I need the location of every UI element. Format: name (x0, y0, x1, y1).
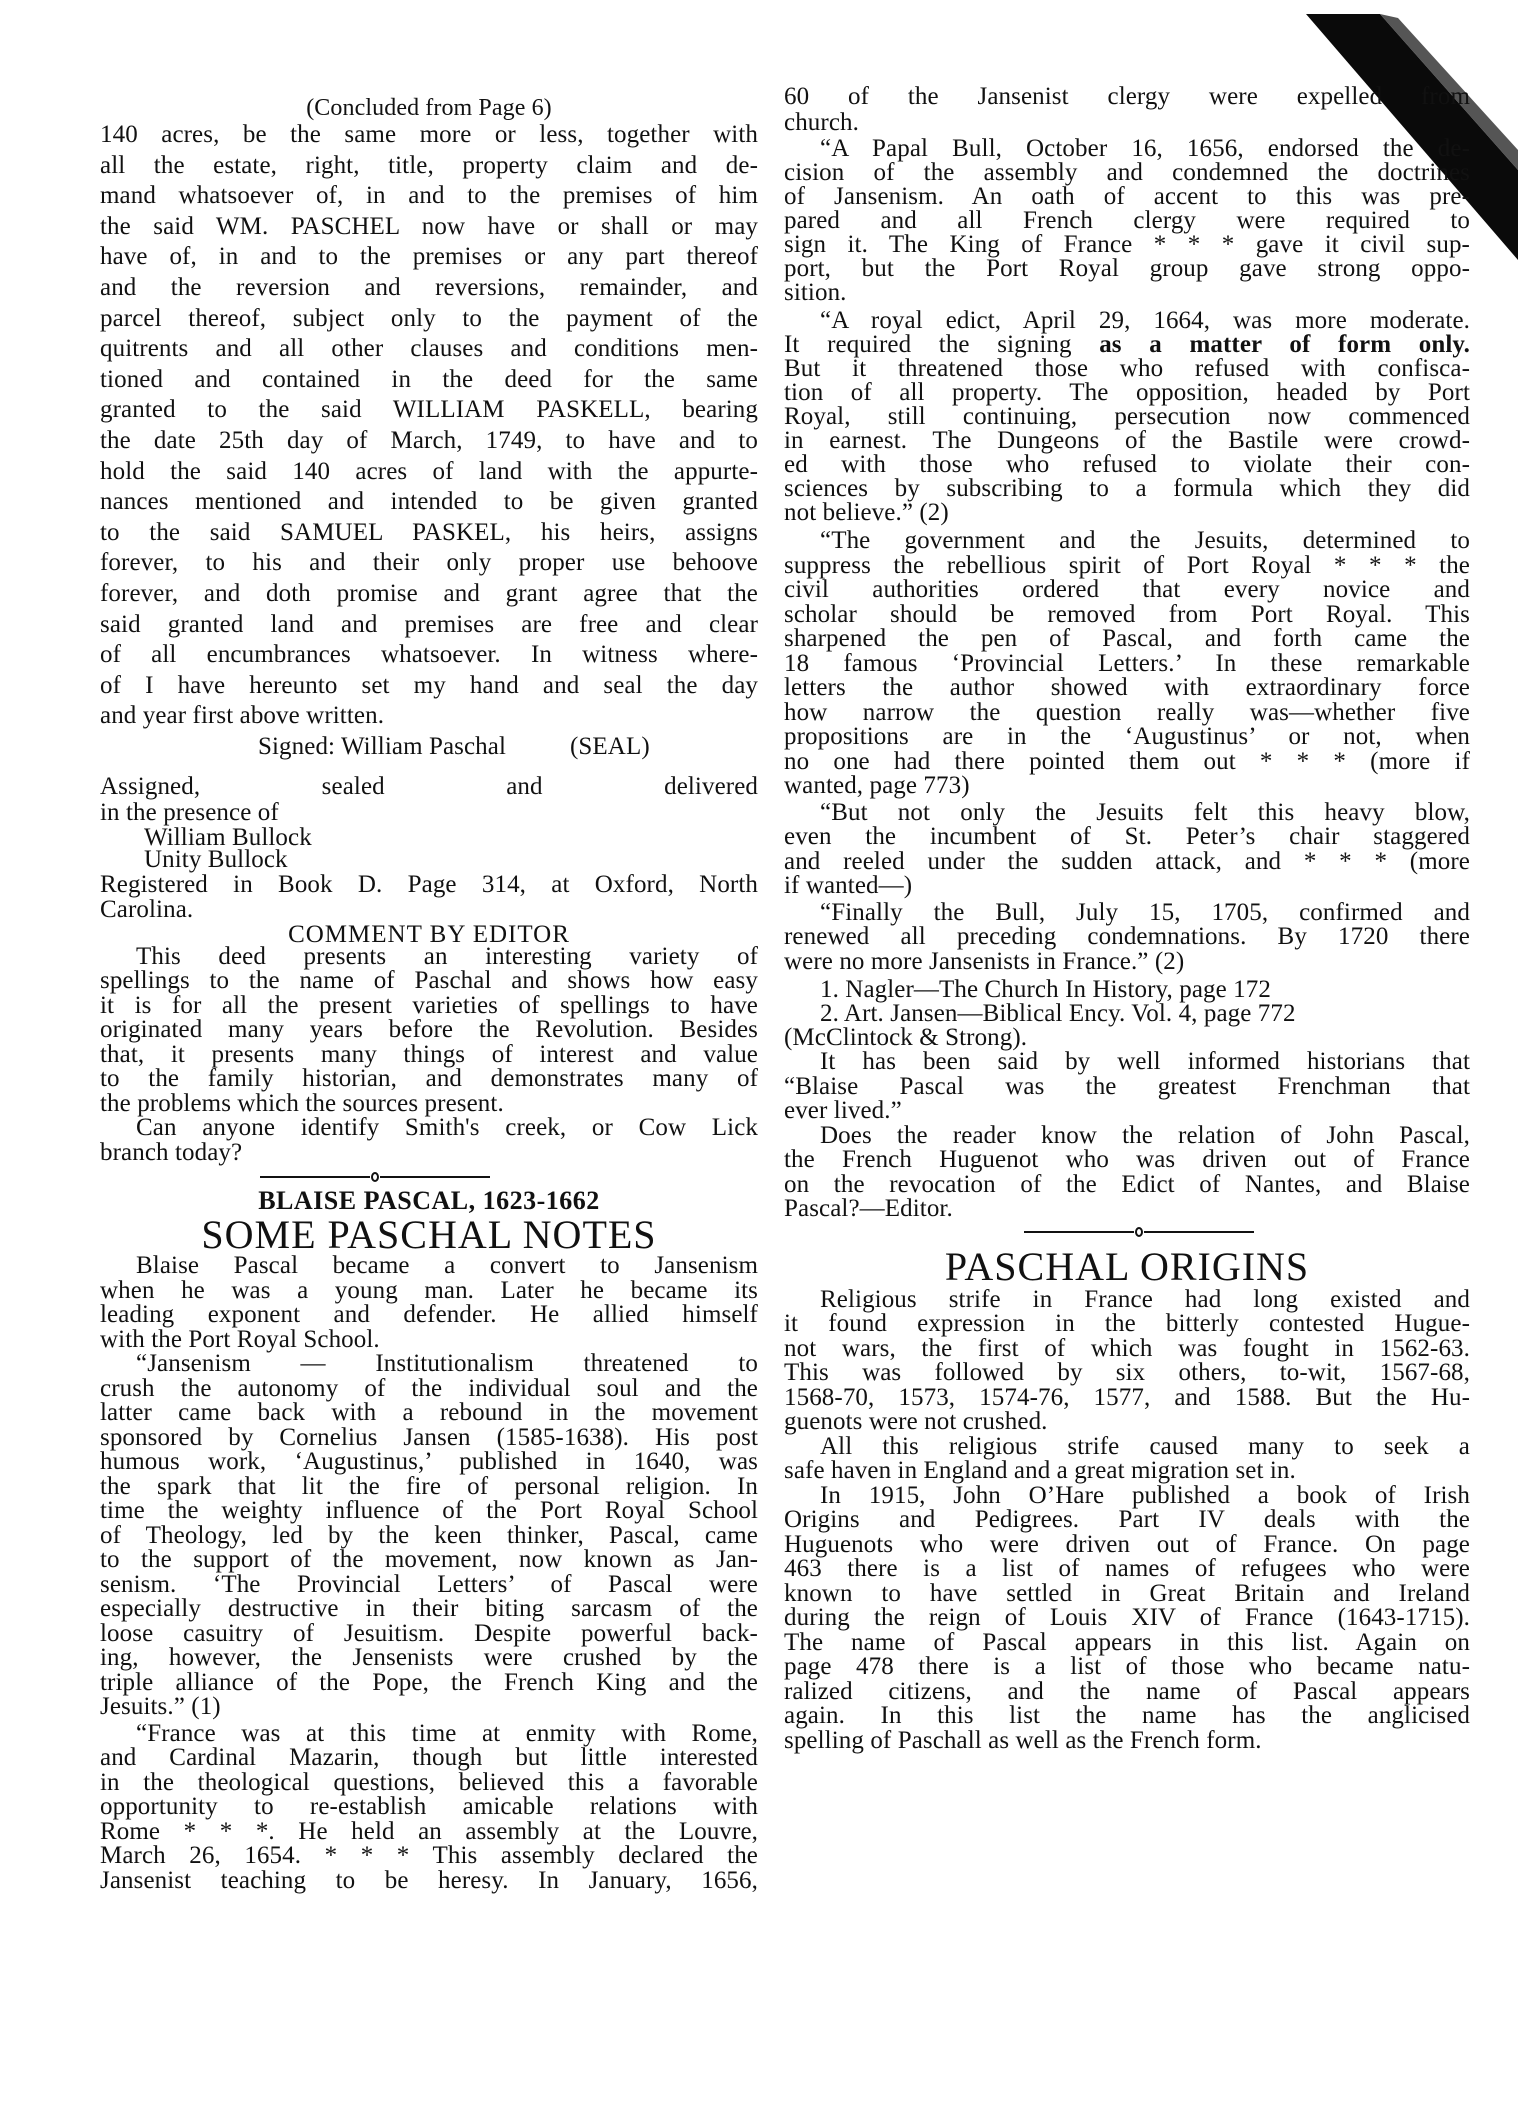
seal-label: (SEAL) (570, 732, 650, 762)
deed-text-line: forever, and doth promise and grant agre… (100, 579, 758, 609)
deed-text-line: the date 25th day of March, 1749, to hav… (100, 426, 758, 456)
article-line: sition. (784, 278, 1470, 308)
section-separator (260, 1172, 490, 1182)
deed-text-line: the said WM. PASCHEL now have or shall o… (100, 212, 758, 242)
section-title: PASCHAL ORIGINS (784, 1245, 1470, 1289)
deed-text-line: to the said SAMUEL PASKEL, his heirs, as… (100, 518, 758, 548)
deed-text-line: tioned and contained in the deed for the… (100, 365, 758, 395)
deed-text-line: nances mentioned and intended to be give… (100, 487, 758, 517)
deed-text-line: said granted land and premises are free … (100, 610, 758, 640)
article-line: Jansenist teaching to be heresy. In Janu… (100, 1866, 758, 1896)
deed-text-line: 140 acres, be the same more or less, tog… (100, 120, 758, 150)
article-line: Jesuits.” (1) (100, 1692, 758, 1722)
deed-text-line: parcel thereof, subject only to the paym… (100, 304, 758, 334)
article-line: were no more Jansenists in France.” (2) (784, 947, 1470, 977)
deed-text-line: mand whatsoever of, in and to the premis… (100, 181, 758, 211)
article-line: if wanted—) (784, 871, 1470, 901)
article-line: spelling of Paschall as well as the Fren… (784, 1726, 1470, 1756)
deed-text-line: all the estate, right, title, property c… (100, 151, 758, 181)
question-line: branch today? (100, 1138, 758, 1168)
signature: Signed: William Paschal (258, 732, 506, 762)
deed-text-line: and the reversion and reversions, remain… (100, 273, 758, 303)
document-page: (Concluded from Page 6)140 acres, be the… (0, 0, 1518, 2128)
deed-text-line: forever, to his and their only proper us… (100, 548, 758, 578)
deed-text-line: of I have hereunto set my hand and seal … (100, 671, 758, 701)
section-separator (1024, 1227, 1254, 1237)
article-line: not believe.” (2) (784, 498, 1470, 528)
continued-note: (Concluded from Page 6) (100, 93, 758, 123)
deed-text-line: and year first above written. (100, 701, 758, 731)
deed-text-line: of all encumbrances whatsoever. In witne… (100, 640, 758, 670)
deed-text-line: quitrents and all other clauses and cond… (100, 334, 758, 364)
article-line: Pascal?—Editor. (784, 1194, 1470, 1224)
deed-text-line: have of, in and to the premises or any p… (100, 242, 758, 272)
article-line: wanted, page 773) (784, 771, 1470, 801)
signature-line: Signed: William Paschal(SEAL) (100, 732, 758, 762)
deed-text-line: granted to the said WILLIAM PASKELL, bea… (100, 395, 758, 425)
deed-text-line: hold the said 140 acres of land with the… (100, 457, 758, 487)
